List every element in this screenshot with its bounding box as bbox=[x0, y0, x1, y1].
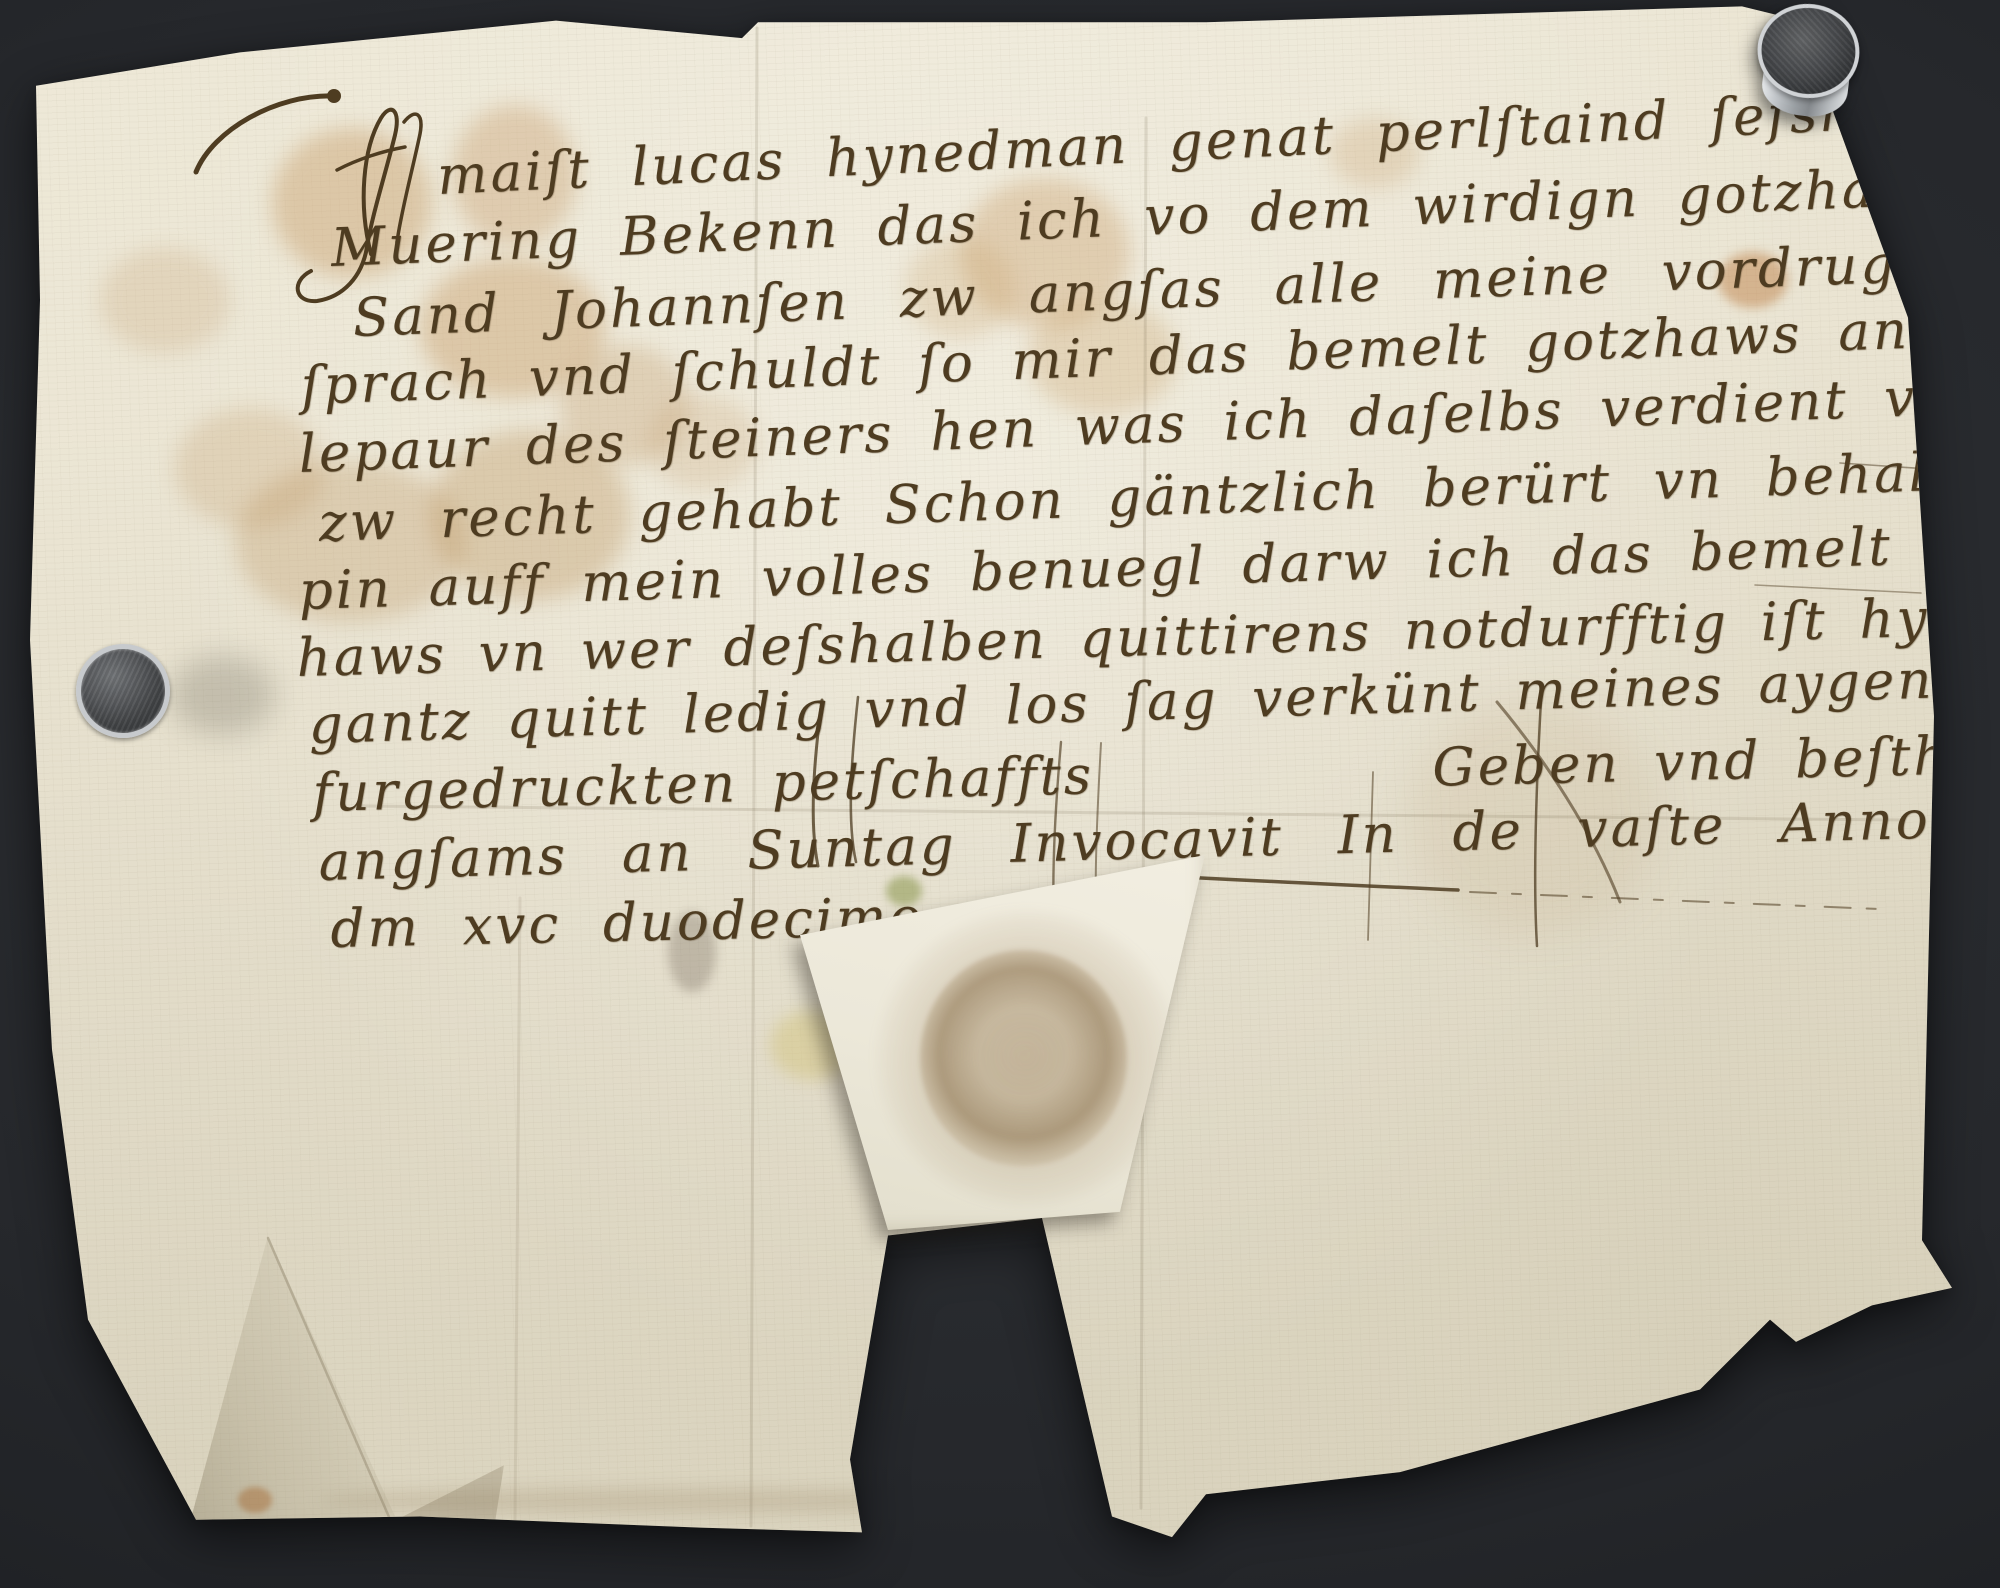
metal-pin-left bbox=[76, 644, 170, 738]
seal-flap bbox=[795, 850, 1210, 1235]
seal-impression bbox=[920, 950, 1128, 1166]
metal-pin-top-right bbox=[1749, 0, 1867, 128]
pin-shadow bbox=[170, 655, 275, 735]
seal-flap-wrap bbox=[0, 0, 2000, 1588]
